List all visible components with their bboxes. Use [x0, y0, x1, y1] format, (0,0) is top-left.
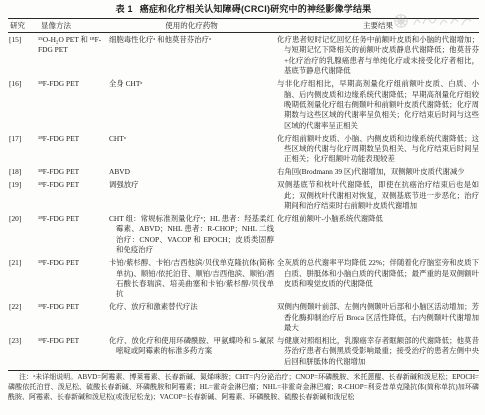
imaging-method: ¹⁸F-FDG PET — [38, 134, 106, 165]
main-result: 右角回(Brodmann 39 区)代谢增加，双侧额叶皮质代谢减少 — [277, 167, 479, 177]
table-row: [17] ¹⁸F-FDG PET CHTᵃ 化疗组前额叶皮质、小脑、内侧皮质和边… — [8, 134, 479, 165]
main-result: 与健康对照组相比，乳腺癌幸存者眶额部的代谢降低；他莫昔芬治疗患者右侧黑质受影响最… — [277, 336, 479, 367]
table-number-label: 表 1 — [116, 4, 133, 14]
chemo-drugs: CHTᵃ — [109, 134, 274, 165]
table-body: [15] ¹⁵O-H₂O PET 和 ¹⁸F-FDG PET 细胞毒性化疗ᵃ 和… — [8, 33, 479, 367]
chemo-drugs: ABVD — [109, 167, 274, 177]
table-row: [16] ¹⁸F-FDG PET 全身 CHTᵃ 与非化疗组相比，早期高剂量化疗… — [8, 79, 479, 131]
study-ref: [20] — [8, 214, 35, 256]
chemo-drugs: 化疗、放化疗和使用环磷酰胺、甲氨蝶呤和 5-氟尿嘧啶或阿霉素的标准多药方案 — [109, 336, 274, 367]
study-ref: [17] — [8, 134, 35, 165]
imaging-method: ¹⁸F-FDG PET — [38, 180, 106, 211]
main-result: 双侧内侧颞叶前部、左侧内侧颞叶后部和小脑区活动增加；芳香化酶抑制治疗后 Broc… — [277, 302, 479, 333]
imaging-method: ¹⁸F-FDG PET — [38, 167, 106, 177]
table-row: [22] ¹⁸F-FDG PET 化疗、放疗和激素替代疗法 双侧内侧颞叶前部、左… — [8, 302, 479, 333]
study-ref: [21] — [8, 258, 35, 300]
main-result: 化疗患者短时记忆回忆任务中前额叶皮质和小脑的代谢增加；与短期记忆下降相关的前额叶… — [277, 35, 479, 77]
main-result: 化疗组前额叶-小脑系统代谢降低 — [277, 214, 479, 256]
chemo-drugs: 卡铂/紫杉醇、卡铂/吉西他滨/贝伐单克隆抗体(简称单抗)、顺铂/依托泊苷、顺铂/… — [109, 258, 274, 300]
study-ref: [19] — [8, 180, 35, 211]
header-study: 研究 — [8, 21, 35, 31]
study-ref: [22] — [8, 302, 35, 333]
table-row: [21] ¹⁸F-FDG PET 卡铂/紫杉醇、卡铂/吉西他滨/贝伐单克隆抗体(… — [8, 258, 479, 300]
table-row: [23] ¹⁸F-FDG PET 化疗、放化疗和使用环磷酰胺、甲氨蝶呤和 5-氟… — [8, 336, 479, 367]
table-title-text: 癌症和化疗相关认知障碍(CRCI)研究中的神经影像学结果 — [140, 4, 372, 14]
table-row: [20] ¹⁸F-FDG PET CHT 组：常规标准剂量化疗ᵃ；HL 患者：羟… — [8, 214, 479, 256]
chemo-drugs: 调强放疗 — [109, 180, 274, 211]
imaging-method: ¹⁸F-FDG PET — [38, 336, 106, 367]
study-ref: [23] — [8, 336, 35, 367]
imaging-method: ¹⁵O-H₂O PET 和 ¹⁸F-FDG PET — [38, 35, 106, 77]
header-result: 主要结果 — [277, 21, 479, 31]
main-result: 与非化疗组相比，早期高剂量化疗组前额叶皮质、白质、小脑、后内侧皮质和边缘系统代谢… — [277, 79, 479, 131]
table-bottom-rule — [8, 370, 479, 371]
chemo-drugs: CHT 组：常规标准剂量化疗ᵃ；HL 患者：羟基柔红霉素、ABVD；NHL 患者… — [109, 214, 274, 256]
study-ref: [15] — [8, 35, 35, 77]
imaging-method: ¹⁸F-FDG PET — [38, 79, 106, 131]
imaging-method: ¹⁸F-FDG PET — [38, 302, 106, 333]
study-ref: [18] — [8, 167, 35, 177]
study-ref: [16] — [8, 79, 35, 131]
header-drugs: 使用的化疗药物 — [109, 21, 274, 31]
main-result: 化疗组前额叶皮质、小脑、内侧皮质和边缘系统代谢降低；这些区域的代谢与化疗周期数呈… — [277, 134, 479, 165]
chemo-drugs: 细胞毒性化疗ᵃ 和他莫昔芬治疗ᵃ — [109, 35, 274, 77]
chemo-drugs: 化疗、放疗和激素替代疗法 — [109, 302, 274, 333]
table-footnote: 注：ᵃ未详细说明。ABVD=阿霉素、博莱霉素、长春新碱、氮烯咪胺；CHT=内分泌… — [8, 373, 479, 403]
table-title: 表 1癌症和化疗相关认知障碍(CRCI)研究中的神经影像学结果 — [8, 3, 479, 16]
main-result: 双侧基底节和枕叶代谢降低，即使在抗癌治疗结束后也是如此；双侧枕叶代谢相对恢复，双… — [277, 180, 479, 211]
table-row: [15] ¹⁵O-H₂O PET 和 ¹⁸F-FDG PET 细胞毒性化疗ᵃ 和… — [8, 35, 479, 77]
table-row: [18] ¹⁸F-FDG PET ABVD 右角回(Brodmann 39 区)… — [8, 167, 479, 177]
imaging-method: ¹⁸F-FDG PET — [38, 258, 106, 300]
table-row: [19] ¹⁸F-FDG PET 调强放疗 双侧基底节和枕叶代谢降低，即使在抗癌… — [8, 180, 479, 211]
imaging-method: ¹⁸F-FDG PET — [38, 214, 106, 256]
main-result: 全灰质的总代谢率平均降低 22%；伴随着化疗脑室旁和皮质下白质、胼胝体和小脑白质… — [277, 258, 479, 300]
header-method: 显像方法 — [38, 21, 106, 31]
crci-results-table: 研究 显像方法 使用的化疗药物 主要结果 [15] ¹⁵O-H₂O PET 和 … — [8, 18, 479, 402]
chemo-drugs: 全身 CHTᵃ — [109, 79, 274, 131]
paper-table-page: 表 1癌症和化疗相关认知障碍(CRCI)研究中的神经影像学结果 研究 显像方法 … — [0, 0, 485, 415]
table-header-row: 研究 显像方法 使用的化疗药物 主要结果 — [8, 19, 479, 32]
